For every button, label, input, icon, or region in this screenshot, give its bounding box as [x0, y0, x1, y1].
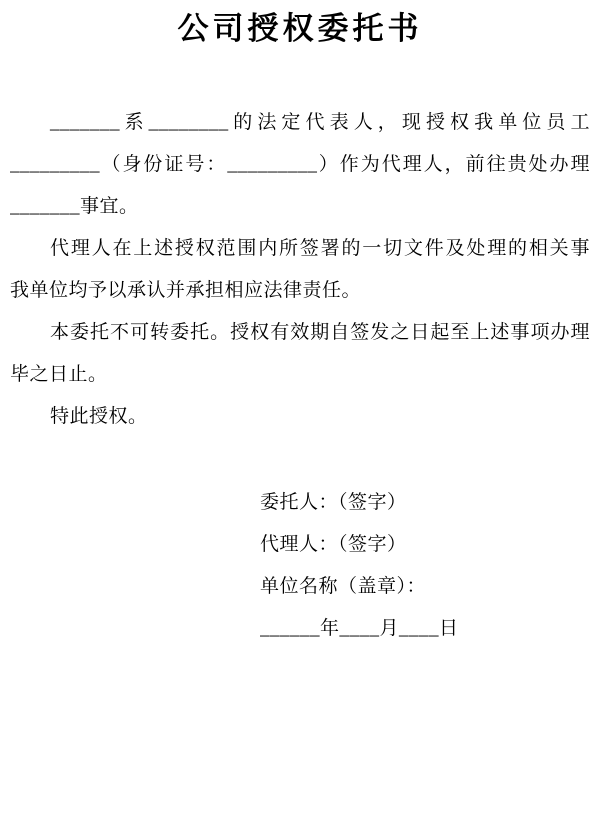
body-line-validity-1: 本委托不可转委托。授权有效期自签发之日起至上述事项办理完 — [10, 312, 590, 354]
document-title: 公司授权委托书 — [10, 8, 590, 48]
document-body: _______系________的法定代表人，现授权我单位员工 ________… — [10, 102, 590, 438]
principal-signature-line: 委托人：（签字） — [260, 482, 590, 524]
body-line-principal-blank: _______系________的法定代表人，现授权我单位员工 — [10, 102, 590, 144]
body-line-validity-2: 毕之日止。 — [10, 354, 590, 396]
body-line-liability-2: 我单位均予以承认并承担相应法律责任。 — [10, 270, 590, 312]
body-line-liability-1: 代理人在上述授权范围内所签署的一切文件及处理的相关事务， — [10, 228, 590, 270]
agent-signature-line: 代理人：（签字） — [260, 524, 590, 566]
body-line-matter-blank: _______事宜。 — [10, 186, 590, 228]
date-line: ______年____月____日 — [260, 608, 590, 650]
body-line-agent-id-blank: _________（身份证号：_________）作为代理人，前往贵处办理 — [10, 144, 590, 186]
authorization-letter-page: 公司授权委托书 _______系________的法定代表人，现授权我单位员工 … — [0, 0, 600, 827]
signature-block: 委托人：（签字） 代理人：（签字） 单位名称（盖章）： ______年____月… — [260, 482, 590, 650]
company-seal-line: 单位名称（盖章）： — [260, 566, 590, 608]
body-line-hereby-authorize: 特此授权。 — [10, 396, 590, 438]
